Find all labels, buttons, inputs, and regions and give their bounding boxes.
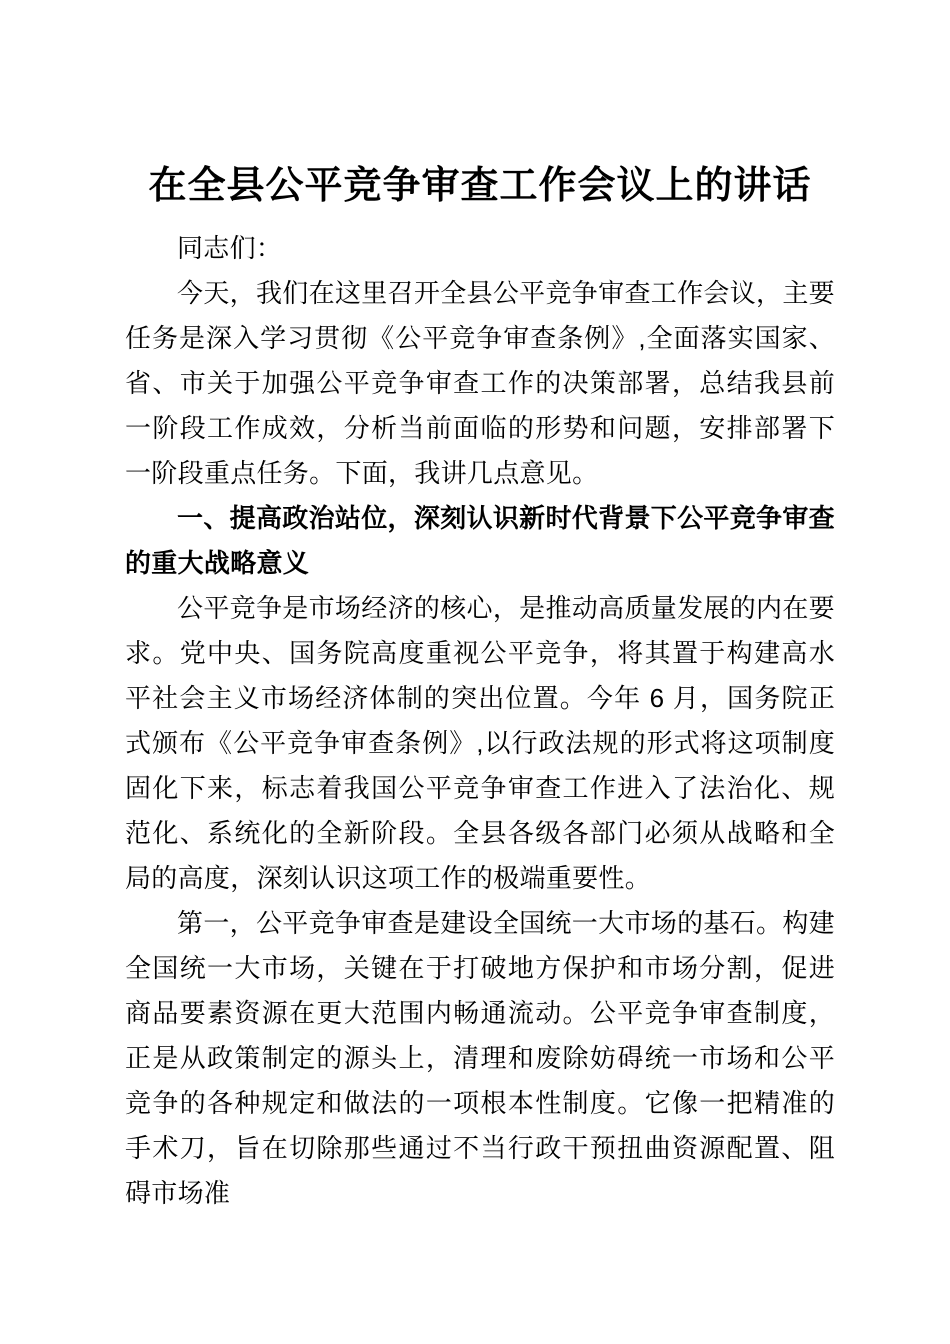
paragraph: 第一，公平竞争审查是建设全国统一大市场的基石。构建全国统一大市场，关键在于打破地… — [125, 901, 835, 1216]
paragraph: 同志们： — [125, 226, 835, 271]
section-heading: 一、提高政治站位，深刻认识新时代背景下公平竞争审查的重大战略意义 — [125, 496, 835, 586]
paragraph: 今天，我们在这里召开全县公平竞争审查工作会议，主要任务是深入学习贯彻《公平竞争审… — [125, 271, 835, 496]
paragraph: 公平竞争是市场经济的核心，是推动高质量发展的内在要求。党中央、国务院高度重视公平… — [125, 586, 835, 901]
document-content: 在全县公平竞争审查工作会议上的讲话 同志们：今天，我们在这里召开全县公平竞争审查… — [0, 0, 950, 1216]
document-page: 在全县公平竞争审查工作会议上的讲话 同志们：今天，我们在这里召开全县公平竞争审查… — [0, 0, 950, 1344]
document-body: 同志们：今天，我们在这里召开全县公平竞争审查工作会议，主要任务是深入学习贯彻《公… — [125, 226, 835, 1216]
document-title: 在全县公平竞争审查工作会议上的讲话 — [125, 158, 835, 214]
